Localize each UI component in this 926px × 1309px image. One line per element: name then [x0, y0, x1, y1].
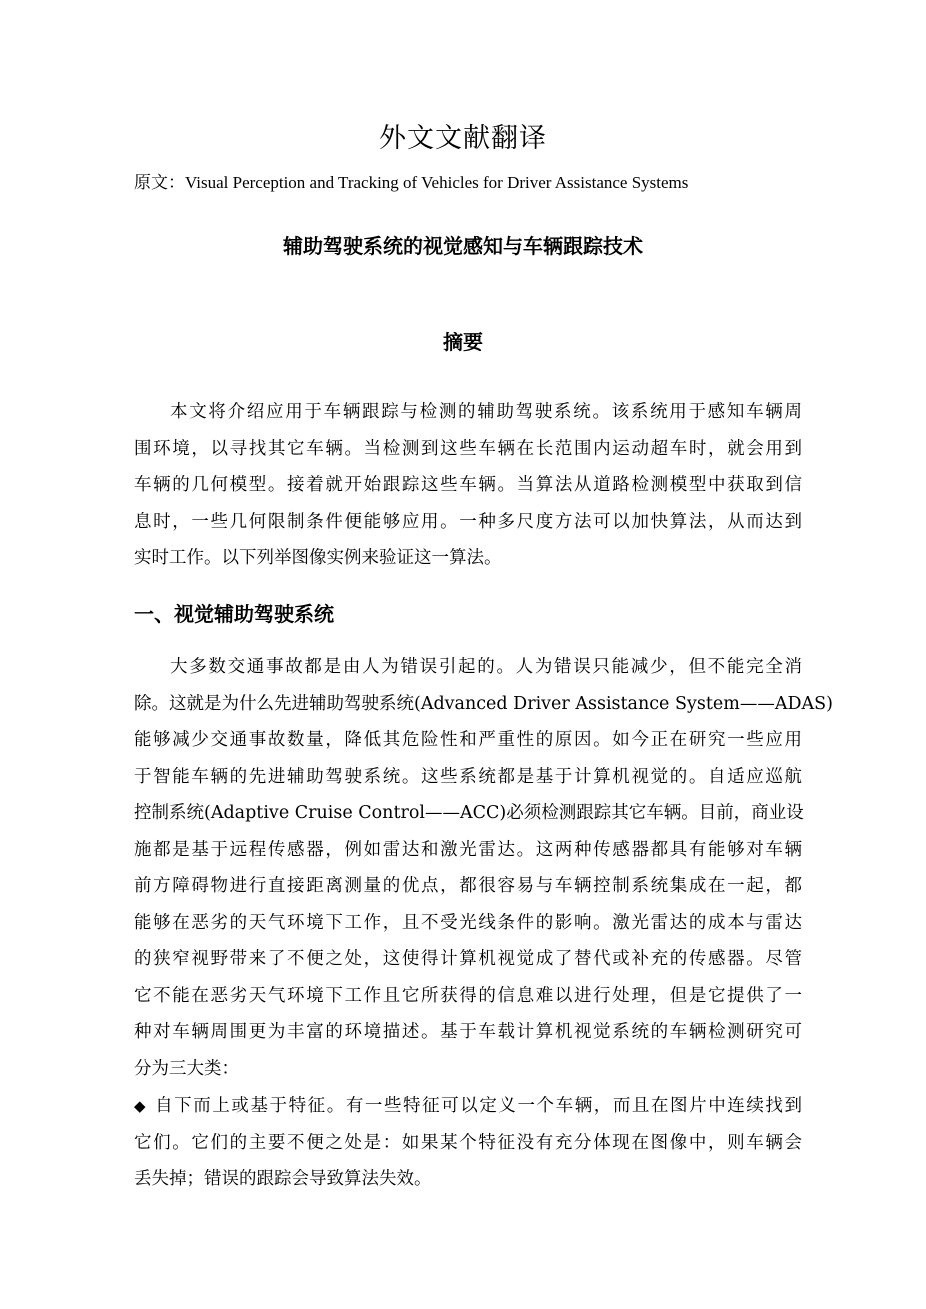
text-line: 它不能在恶劣天气环境下工作且它所获得的信息难以进行处理，但是它提供了一 [134, 978, 802, 1015]
text-line: 于智能车辆的先进辅助驾驶系统。这些系统都是基于计算机视觉的。自适应巡航 [134, 759, 802, 796]
text-line: 控制系统(Adaptive Cruise Control——ACC)必须检测跟踪… [134, 795, 802, 832]
text-line: 种对车辆周围更为丰富的环境描述。基于车载计算机视觉系统的车辆检测研究可 [134, 1014, 802, 1051]
document-page: 外文文献翻译 原文：Visual Perception and Tracking… [0, 0, 926, 1309]
bullet-list-item: ◆自下而上或基于特征。有一些特征可以定义一个车辆，而且在图片中连续找到 它们。它… [134, 1088, 802, 1198]
section-heading: 一、视觉辅助驾驶系统 [134, 598, 334, 627]
text-line: 它们。它们的主要不便之处是：如果某个特征没有充分体现在图像中，则车辆会 [134, 1125, 802, 1162]
text-line: 丢失掉；错误的跟踪会导致算法失效。 [134, 1161, 802, 1198]
document-title: 外文文献翻译 [0, 116, 926, 155]
source-title: Visual Perception and Tracking of Vehicl… [185, 173, 688, 192]
text-line: 车辆的几何模型。接着就开始跟踪这些车辆。当算法从道路检测模型中获取到信 [134, 467, 802, 504]
text-line: 大多数交通事故都是由人为错误引起的。人为错误只能减少，但不能完全消 [134, 649, 802, 686]
text-line: 施都是基于远程传感器，例如雷达和激光雷达。这两种传感器都具有能够对车辆 [134, 832, 802, 869]
text-line: 的狭窄视野带来了不便之处，这使得计算机视觉成了替代或补充的传感器。尽管 [134, 941, 802, 978]
document-subtitle: 辅助驾驶系统的视觉感知与车辆跟踪技术 [0, 230, 926, 259]
text-line: 能够减少交通事故数量，降低其危险性和严重性的原因。如今正在研究一些应用 [134, 722, 802, 759]
text-line: 实时工作。以下列举图像实例来验证这一算法。 [134, 540, 802, 577]
text-line: 能够在恶劣的天气环境下工作，且不受光线条件的影响。激光雷达的成本与雷达 [134, 905, 802, 942]
text-line: 围环境，以寻找其它车辆。当检测到这些车辆在长范围内运动超车时，就会用到 [134, 431, 802, 468]
bullet-text: 自下而上或基于特征。有一些特征可以定义一个车辆，而且在图片中连续找到 [155, 1096, 802, 1116]
source-label: 原文： [134, 173, 185, 192]
text-line: 息时，一些几何限制条件便能够应用。一种多尺度方法可以加快算法，从而达到 [134, 504, 802, 541]
diamond-bullet-icon: ◆ [134, 1097, 147, 1115]
text-line: 分为三大类： [134, 1051, 802, 1088]
source-line: 原文：Visual Perception and Tracking of Veh… [134, 168, 688, 193]
abstract-heading: 摘要 [0, 326, 926, 355]
text-line: 本文将介绍应用于车辆跟踪与检测的辅助驾驶系统。该系统用于感知车辆周 [134, 394, 802, 431]
abstract-paragraph: 本文将介绍应用于车辆跟踪与检测的辅助驾驶系统。该系统用于感知车辆周 围环境，以寻… [134, 394, 802, 577]
text-line: 前方障碍物进行直接距离测量的优点，都很容易与车辆控制系统集成在一起，都 [134, 868, 802, 905]
text-line: 除。这就是为什么先进辅助驾驶系统(Advanced Driver Assista… [134, 686, 802, 723]
text-line: ◆自下而上或基于特征。有一些特征可以定义一个车辆，而且在图片中连续找到 [134, 1088, 802, 1125]
section1-paragraph: 大多数交通事故都是由人为错误引起的。人为错误只能减少，但不能完全消 除。这就是为… [134, 649, 802, 1087]
